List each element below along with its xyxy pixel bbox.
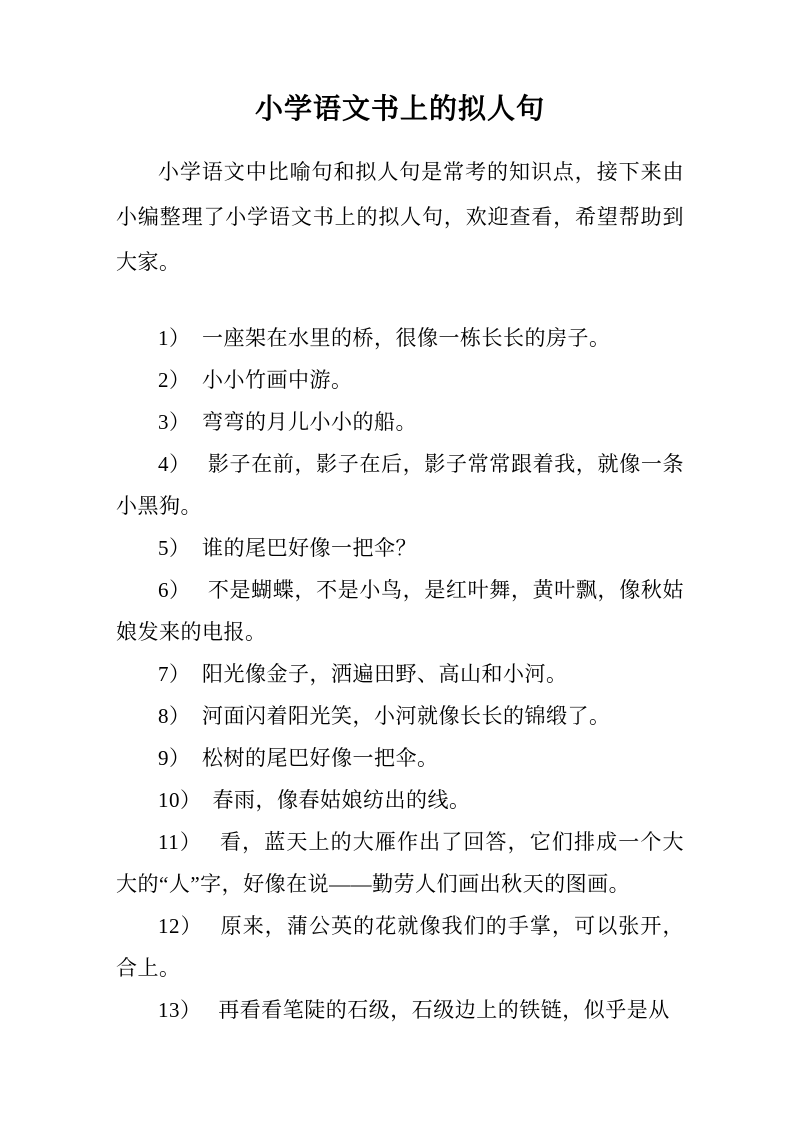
list-item-5: 5） 谁的尾巴好像一把伞？: [116, 527, 684, 569]
list-item-4: 4） 影子在前，影子在后，影子常常跟着我，就像一条小黑狗。: [116, 443, 684, 527]
document-title: 小学语文书上的拟人句: [116, 88, 684, 132]
list-item-12: 12） 原来，蒲公英的花就像我们的手掌，可以张开，合上。: [116, 905, 684, 989]
list-item-7: 7） 阳光像金子，洒遍田野、高山和小河。: [116, 653, 684, 695]
intro-paragraph: 小学语文中比喻句和拟人句是常考的知识点，接下来由小编整理了小学语文书上的拟人句，…: [116, 150, 684, 285]
list-item-9: 9） 松树的尾巴好像一把伞。: [116, 737, 684, 779]
list-item-8: 8） 河面闪着阳光笑，小河就像长长的锦缎了。: [116, 695, 684, 737]
sentence-list: 1） 一座架在水里的桥，很像一栋长长的房子。 2） 小小竹画中游。 3） 弯弯的…: [116, 317, 684, 1031]
list-item-6: 6） 不是蝴蝶，不是小鸟，是红叶舞，黄叶飘，像秋姑娘发来的电报。: [116, 569, 684, 653]
list-item-2: 2） 小小竹画中游。: [116, 359, 684, 401]
list-item-1: 1） 一座架在水里的桥，很像一栋长长的房子。: [116, 317, 684, 359]
list-item-10: 10） 春雨，像春姑娘纺出的线。: [116, 779, 684, 821]
document-page: 小学语文书上的拟人句 小学语文中比喻句和拟人句是常考的知识点，接下来由小编整理了…: [0, 0, 800, 1132]
list-item-11: 11） 看，蓝天上的大雁作出了回答，它们排成一个大大的“人”字，好像在说——勤劳…: [116, 821, 684, 905]
list-item-3: 3） 弯弯的月儿小小的船。: [116, 401, 684, 443]
list-item-13: 13） 再看看笔陡的石级，石级边上的铁链，似乎是从: [116, 989, 684, 1031]
